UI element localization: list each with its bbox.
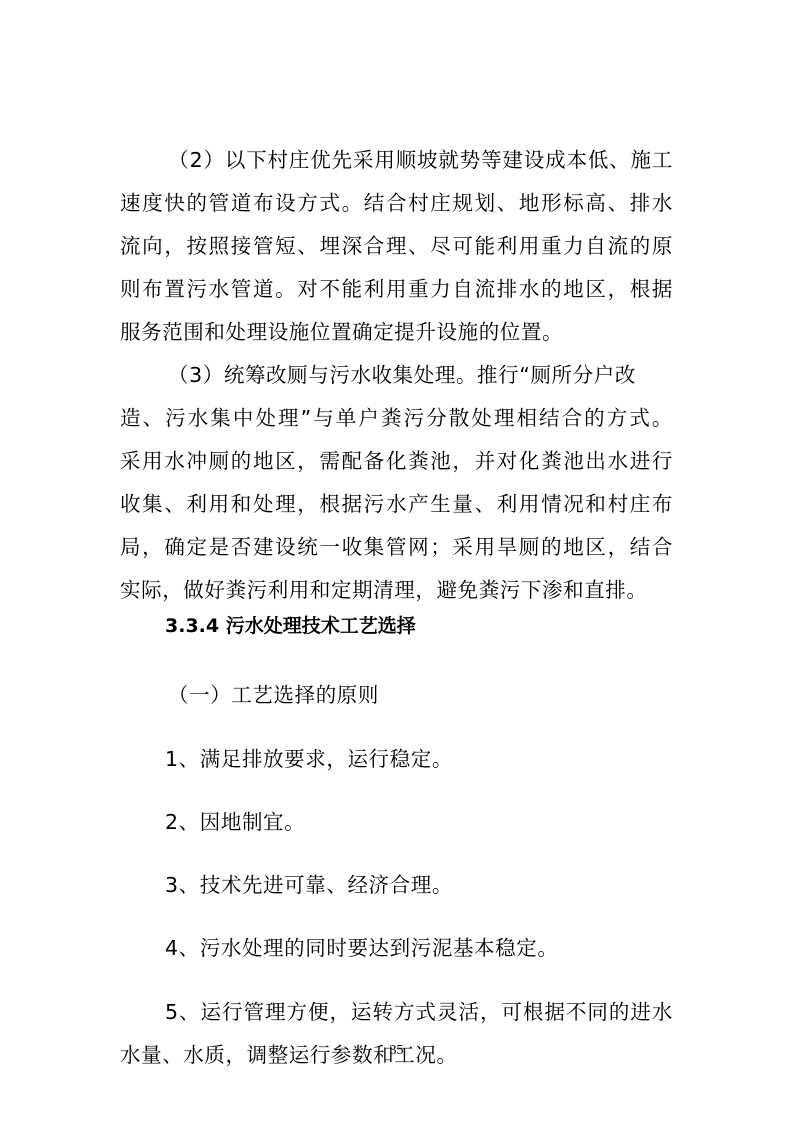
paragraph-3-line-6: 实际，做好粪污利用和定期清理，避免粪污下渗和直排。 <box>120 573 648 603</box>
principle-3: 3、技术先进可靠、经济合理。 <box>165 868 453 898</box>
paragraph-2-line-3: 流向，按照接管短、埋深合理、尽可能利用重力自流的原 <box>120 229 673 259</box>
section-heading: 3.3.4 污水处理技术工艺选择 <box>165 611 416 638</box>
paragraph-3-line-4: 收集、利用和处理，根据污水产生量、利用情况和村庄布 <box>120 487 673 517</box>
paragraph-2-line-4: 则布置污水管道。对不能利用重力自流排水的地区，根据 <box>120 272 673 302</box>
paragraph-3-line-1: （3）统筹改厕与污水收集处理。推行“厕所分户改 <box>168 358 636 388</box>
principle-1: 1、满足排放要求，运行稳定。 <box>165 742 453 772</box>
paragraph-2-text-1: （2）以下村庄优先采用顺坡就势等建设成本低、施工 <box>168 148 673 172</box>
paragraph-2-line-2: 速度快的管道布设方式。结合村庄规划、地形标高、排水 <box>120 186 673 216</box>
paragraph-3-line-2: 造、污水集中处理”与单户粪污分散处理相结合的方式。 <box>120 401 673 431</box>
paragraph-2-line-5: 服务范围和处理设施位置确定提升设施的位置。 <box>120 315 563 345</box>
page-number: 35 <box>0 1043 793 1059</box>
principle-2: 2、因地制宜。 <box>165 805 305 835</box>
paragraph-3-line-3: 采用水冲厕的地区，需配备化粪池，并对化粪池出水进行 <box>120 444 673 474</box>
paragraph-3-line-5: 局，确定是否建设统一收集管网；采用旱厕的地区，结合 <box>120 530 673 560</box>
principle-4: 4、污水处理的同时要达到污泥基本稳定。 <box>165 931 558 961</box>
principle-5-line-1: 5、运行管理方便，运转方式灵活，可根据不同的进水 <box>165 995 673 1025</box>
paragraph-2-line-1: （2）以下村庄优先采用顺坡就势等建设成本低、施工 <box>120 143 673 173</box>
subheading: （一）工艺选择的原则 <box>168 678 379 708</box>
